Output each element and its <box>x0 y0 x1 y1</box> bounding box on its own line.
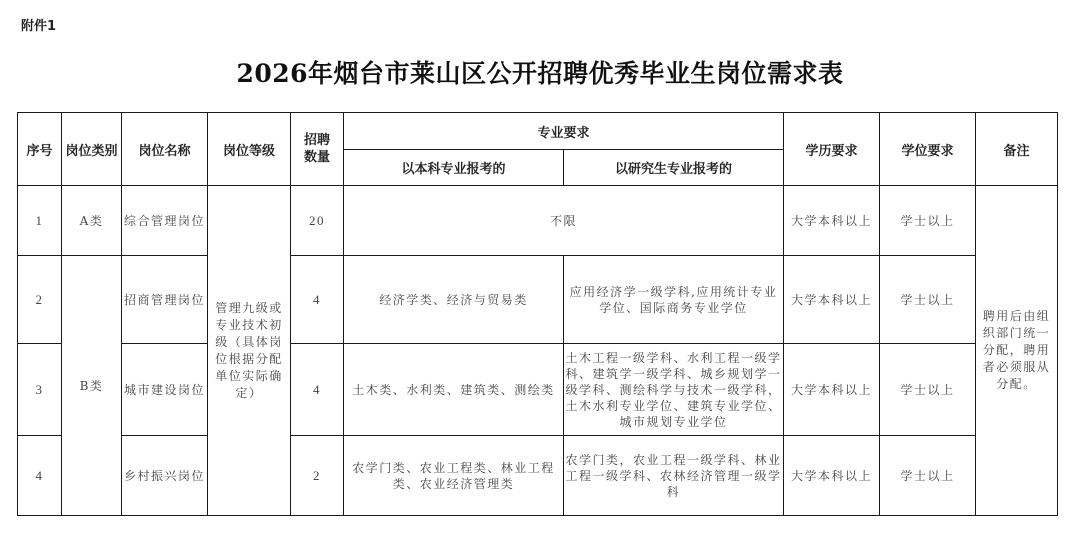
header-remarks: 备注 <box>976 113 1058 186</box>
header-major-requirements: 专业要求 <box>344 113 784 150</box>
cell-position-level-shared: 管理九级或专业技术初级（具体岗位根据分配单位实际确定） <box>208 186 291 516</box>
cell-seq: 1 <box>18 186 62 256</box>
cell-grad-major: 应用经济学一级学科,应用统计专业学位、国际商务专业学位 <box>564 256 784 344</box>
header-row-1: 序号 岗位类别 岗位名称 岗位等级 招聘数量 专业要求 学历要求 学位要求 备注 <box>18 113 1058 150</box>
cell-education: 大学本科以上 <box>784 186 880 256</box>
attachment-label: 附件1 <box>21 15 56 34</box>
header-seq: 序号 <box>18 113 62 186</box>
header-position-name: 岗位名称 <box>122 113 208 186</box>
cell-grad-major: 土木工程一级学科、水利工程一级学科、建筑学一级学科、城乡规划学一级学科、测绘科学… <box>564 344 784 436</box>
document-title: 2026年烟台市莱山区公开招聘优秀毕业生岗位需求表 <box>0 54 1080 90</box>
cell-seq: 2 <box>18 256 62 344</box>
cell-education: 大学本科以上 <box>784 256 880 344</box>
cell-major-unrestricted: 不限 <box>344 186 784 256</box>
cell-remarks-shared: 聘用后由组织部门统一分配，聘用者必须服从分配。 <box>976 186 1058 516</box>
header-degree: 学位要求 <box>880 113 976 186</box>
header-education: 学历要求 <box>784 113 880 186</box>
cell-seq: 3 <box>18 344 62 436</box>
header-undergrad-major: 以本科专业报考的 <box>344 150 564 186</box>
cell-recruit-count: 4 <box>291 256 344 344</box>
cell-recruit-count: 20 <box>291 186 344 256</box>
table-row: 4 乡村振兴岗位 2 农学门类、农业工程类、林业工程类、农业经济管理类 农学门类… <box>18 436 1058 516</box>
cell-undergrad-major: 农学门类、农业工程类、林业工程类、农业经济管理类 <box>344 436 564 516</box>
table-row: 2 B类 招商管理岗位 4 经济学类、经济与贸易类 应用经济学一级学科,应用统计… <box>18 256 1058 344</box>
cell-degree: 学士以上 <box>880 344 976 436</box>
table-row: 3 城市建设岗位 4 土木类、水利类、建筑类、测绘类 土木工程一级学科、水利工程… <box>18 344 1058 436</box>
header-grad-major: 以研究生专业报考的 <box>564 150 784 186</box>
cell-education: 大学本科以上 <box>784 344 880 436</box>
cell-position-name: 综合管理岗位 <box>122 186 208 256</box>
cell-undergrad-major: 经济学类、经济与贸易类 <box>344 256 564 344</box>
cell-category: A类 <box>62 186 122 256</box>
table-row: 1 A类 综合管理岗位 管理九级或专业技术初级（具体岗位根据分配单位实际确定） … <box>18 186 1058 256</box>
cell-position-name: 乡村振兴岗位 <box>122 436 208 516</box>
cell-degree: 学士以上 <box>880 436 976 516</box>
cell-degree: 学士以上 <box>880 256 976 344</box>
header-position-level: 岗位等级 <box>208 113 291 186</box>
header-category: 岗位类别 <box>62 113 122 186</box>
cell-undergrad-major: 土木类、水利类、建筑类、测绘类 <box>344 344 564 436</box>
cell-seq: 4 <box>18 436 62 516</box>
cell-position-name: 招商管理岗位 <box>122 256 208 344</box>
position-requirements-table: 序号 岗位类别 岗位名称 岗位等级 招聘数量 专业要求 学历要求 学位要求 备注… <box>17 112 1058 516</box>
cell-position-name: 城市建设岗位 <box>122 344 208 436</box>
cell-recruit-count: 4 <box>291 344 344 436</box>
cell-category-shared: B类 <box>62 256 122 516</box>
header-recruit-count: 招聘数量 <box>291 113 344 186</box>
cell-grad-major: 农学门类，农业工程一级学科、林业工程一级学科、农林经济管理一级学科 <box>564 436 784 516</box>
cell-recruit-count: 2 <box>291 436 344 516</box>
cell-education: 大学本科以上 <box>784 436 880 516</box>
cell-degree: 学士以上 <box>880 186 976 256</box>
